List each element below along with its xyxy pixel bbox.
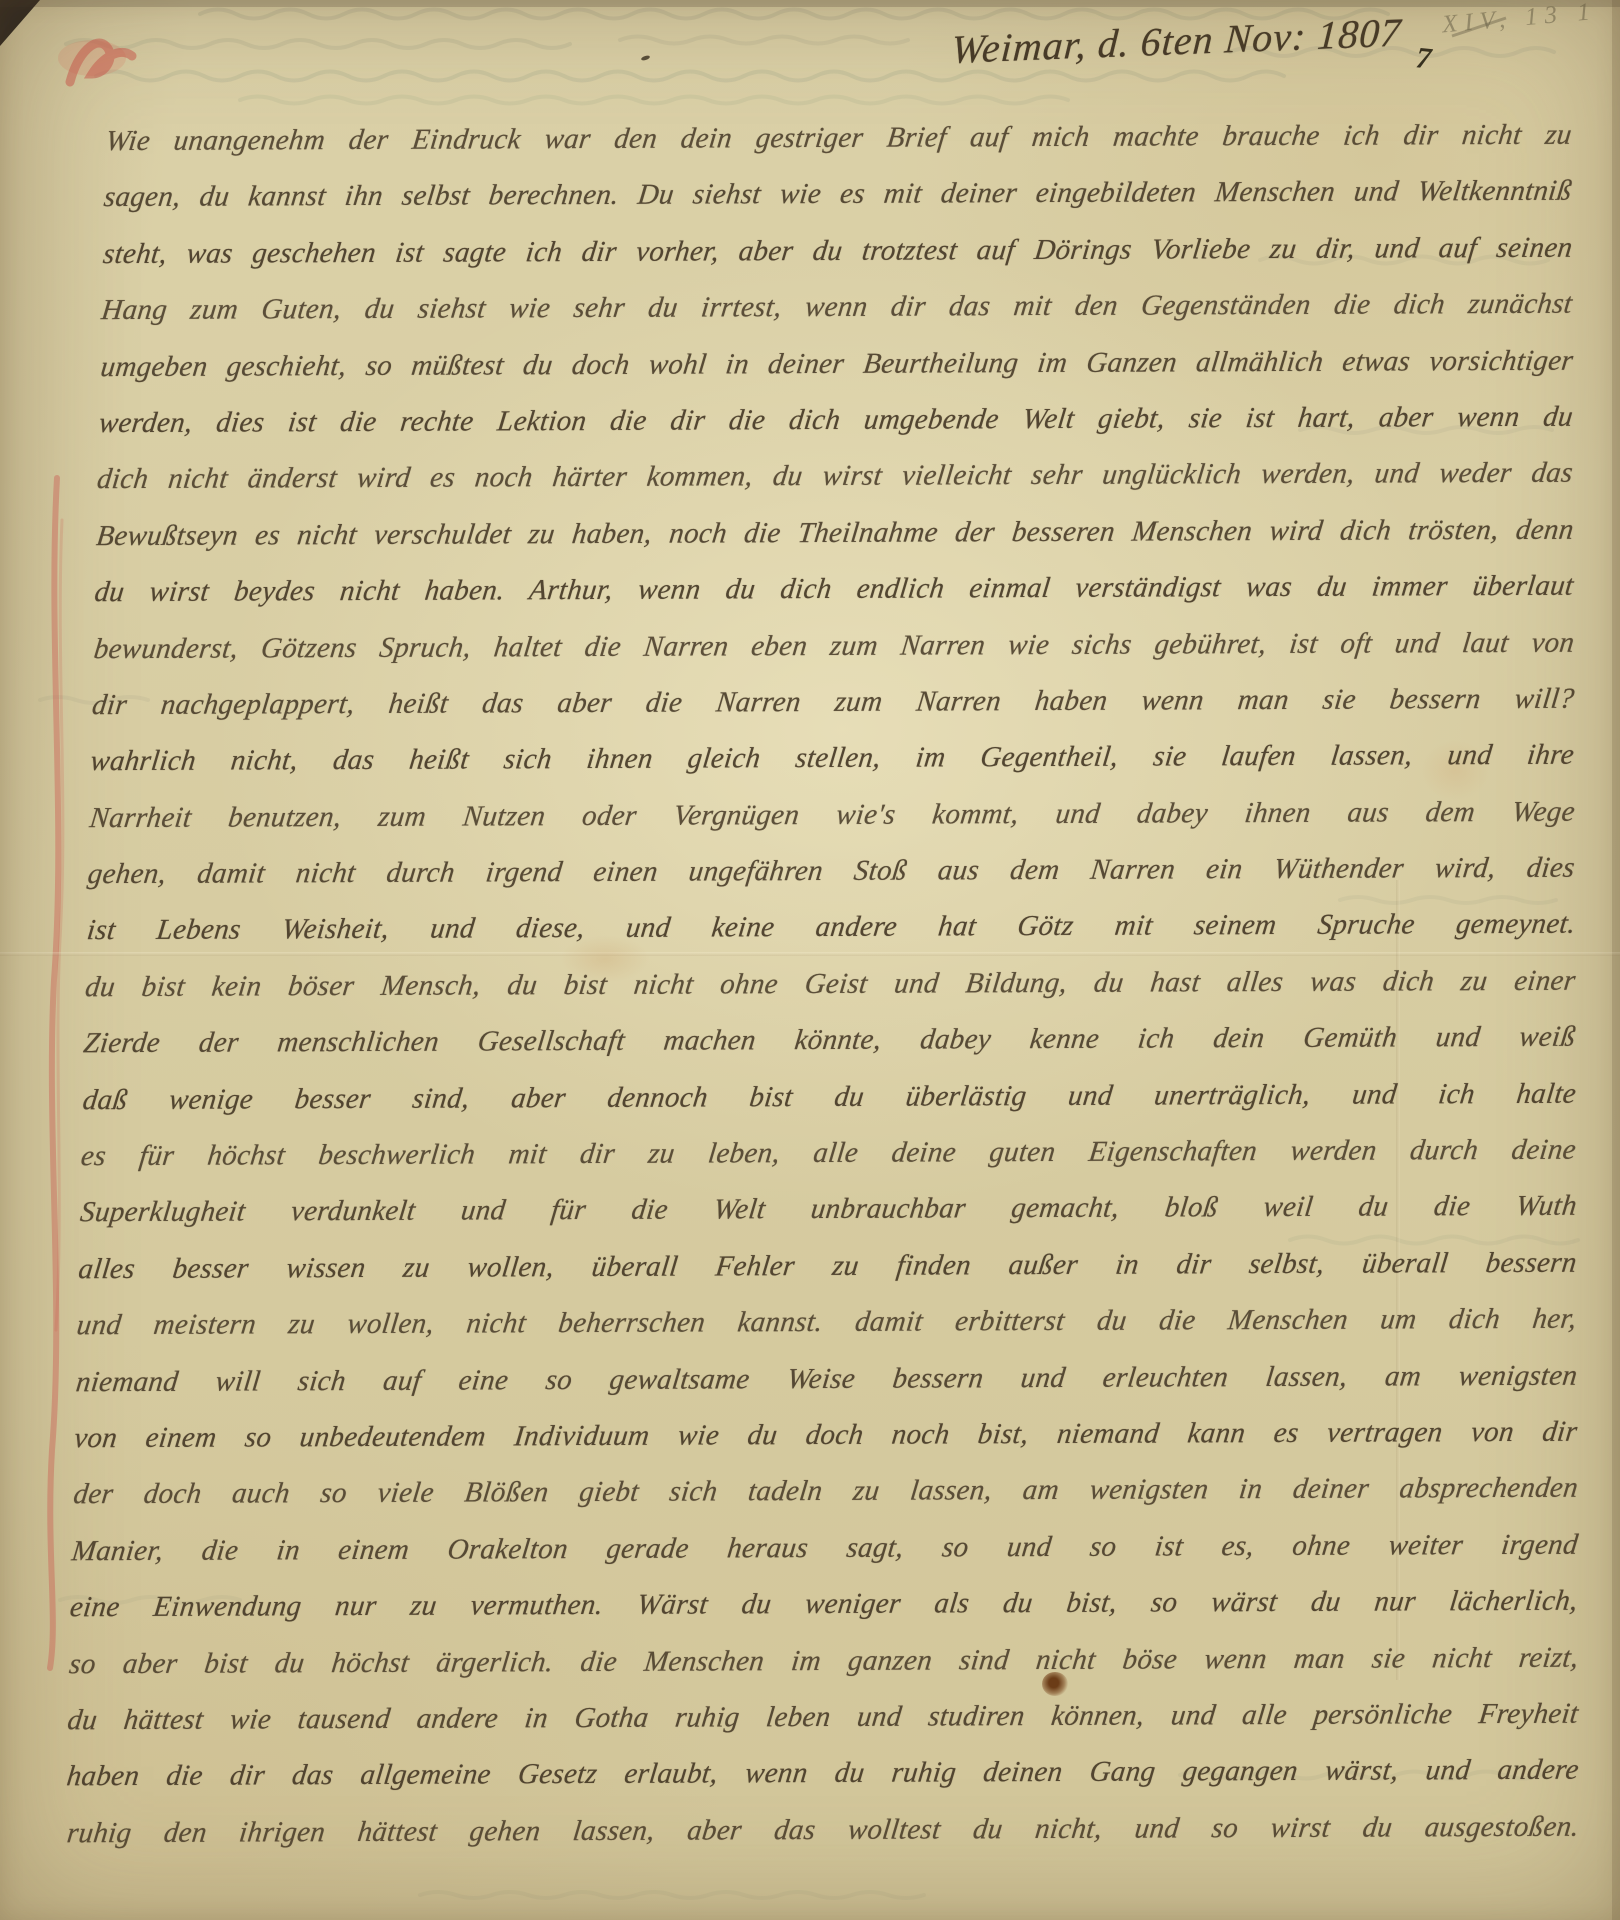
- letter-line: steht, was geschehen ist sagte ich dir v…: [100, 219, 1576, 282]
- letter-line: werden, dies ist die rechte Lektion die …: [96, 389, 1577, 452]
- dateline: Weimar, d. 6ten Nov: 1807: [950, 9, 1403, 73]
- letter-line: haben die dir das allgemeine Gesetz erla…: [64, 1742, 1583, 1805]
- letter-line: Manier, die in einem Orakelton gerade he…: [69, 1516, 1582, 1579]
- bleed-through-line: [96, 72, 1284, 81]
- letter-line: sagen, du kannst ihn selbst berechnen. D…: [101, 163, 1575, 226]
- letter-line: und meistern zu wollen, nicht beherrsche…: [74, 1291, 1580, 1354]
- letter-line: Wie unangenehm der Eindruck war den dein…: [102, 107, 1575, 170]
- letter-page: XIV, 13 1 7 Weimar, d. 6ten Nov: 1807 Wi…: [0, 0, 1620, 1920]
- letter-line: Zierde der menschlichen Gesellschaft mac…: [81, 1009, 1579, 1072]
- letter-line: Hang zum Guten, du siehst wie sehr du ir…: [98, 276, 1575, 339]
- red-chalk-squiggle: [70, 43, 132, 82]
- letter-line: gehen, damit nicht durch irgend einen un…: [85, 840, 1578, 903]
- letter-line: alles besser wissen zu wollen, überall F…: [75, 1234, 1580, 1297]
- letter-line: umgeben geschieht, so müßtest du doch wo…: [97, 332, 1576, 395]
- letter-line: bewunderst, Götzens Spruch, haltet die N…: [90, 614, 1577, 677]
- letter-line: von einem so unbedeutendem Individuum wi…: [71, 1404, 1580, 1467]
- letter-line: Superklugheit verdunkelt und für die Wel…: [77, 1178, 1580, 1241]
- letter-line: du hättest wie tausend andere in Gotha r…: [65, 1686, 1582, 1749]
- letter-line: ist Lebens Weisheit, und diese, und kein…: [83, 896, 1578, 959]
- letter-line: der doch auch so viele Blößen giebt sich…: [70, 1460, 1581, 1523]
- page-edge-top: [0, 0, 1620, 7]
- bleed-through-line: [420, 1892, 924, 1898]
- ink-dot: [641, 55, 651, 62]
- page-edge-right: [1612, 0, 1620, 1920]
- letter-line: niemand will sich auf eine so gewaltsame…: [73, 1347, 1581, 1410]
- letter-line: eine Einwendung nur zu vermuthen. Wärst …: [67, 1573, 1581, 1636]
- red-chalk-margin-line: [50, 478, 58, 1668]
- letter-line: Narrheit benutzen, zum Nutzen oder Vergn…: [86, 783, 1578, 846]
- letter-line: ruhig den ihrigen hättest gehen lassen, …: [64, 1798, 1583, 1861]
- bleed-through-line: [66, 40, 570, 48]
- letter-line: du bist kein böser Mensch, du bist nicht…: [82, 953, 1579, 1016]
- letter-line: Bewußtseyn es nicht verschuldet zu haben…: [93, 501, 1577, 564]
- letter-line: wahrlich nicht, das heißt sich ihnen gle…: [88, 727, 1578, 790]
- archival-ink-mark: 7: [1414, 41, 1432, 76]
- letter-line: es für höchst beschwerlich mit dir zu le…: [78, 1122, 1579, 1185]
- letter-line: so aber bist du höchst ärgerlich. die Me…: [66, 1629, 1582, 1692]
- letter-line: daß wenige besser sind, aber dennoch bis…: [79, 1065, 1579, 1128]
- letter-body: Wie unangenehm der Eindruck war den dein…: [56, 107, 1576, 1862]
- bleed-through-line: [240, 97, 1068, 104]
- letter-line: du wirst beydes nicht haben. Arthur, wen…: [92, 558, 1577, 621]
- letter-line: dich nicht änderst wird es noch härter k…: [94, 445, 1576, 508]
- red-chalk-smudge: [58, 40, 126, 76]
- bleed-through-line: [620, 37, 908, 44]
- letter-line: dir nachgeplappert, heißt das aber die N…: [89, 671, 1578, 734]
